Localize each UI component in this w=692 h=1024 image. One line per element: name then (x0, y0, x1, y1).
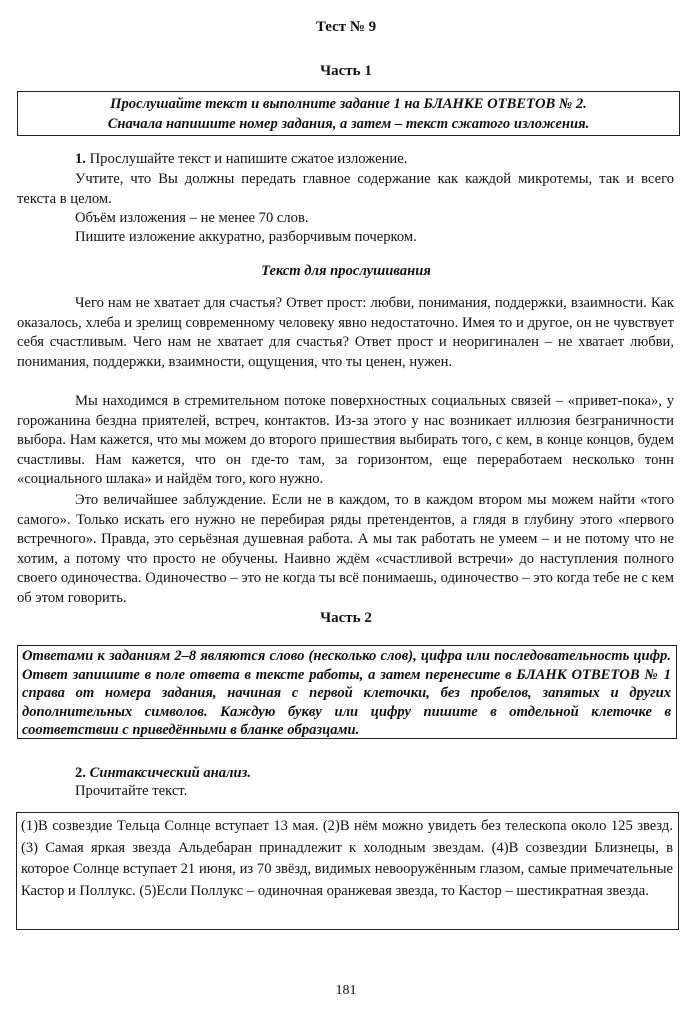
listening-paragraph-1: Чего нам не хватает для счастья? Ответ п… (17, 294, 674, 372)
page-number: 181 (0, 983, 692, 999)
part1-instruction-box: Прослушайте текст и выполните задание 1 … (17, 91, 680, 136)
task1-number: 1. (75, 151, 86, 167)
task1-statement: 1. Прослушайте текст и напишите сжатое и… (75, 150, 407, 170)
task2-heading: 2. Синтаксический анализ. (75, 764, 251, 784)
part2-instruction: Ответами к заданиям 2–8 являются слово (… (22, 647, 671, 740)
part1-instruction-line1: Прослушайте текст и выполните задание 1 … (18, 94, 679, 114)
test-title: Тест № 9 (0, 19, 692, 36)
task2-number: 2. (75, 765, 86, 781)
task1-text: Прослушайте текст и напишите сжатое изло… (86, 151, 407, 167)
task2-text: (1)В созвездие Тельца Солнце вступает 13… (21, 816, 673, 902)
listening-paragraph-3: Это величайшее заблуждение. Если не в ка… (17, 491, 674, 608)
task2-title: Синтаксический анализ. (86, 765, 251, 781)
task1-note-length: Объём изложения – не менее 70 слов. (75, 209, 309, 229)
task2-prompt: Прочитайте текст. (75, 782, 187, 802)
listening-paragraph-2: Мы находимся в стремительном потоке пове… (17, 392, 674, 490)
listening-heading: Текст для прослушивания (0, 263, 692, 280)
task1-note-content: Учтите, что Вы должны передать главное с… (17, 170, 674, 209)
part2-instruction-box: Ответами к заданиям 2–8 являются слово (… (17, 645, 677, 739)
task1-note-handwriting: Пишите изложение аккуратно, разборчивым … (75, 228, 417, 248)
part2-heading: Часть 2 (0, 610, 692, 627)
part1-instruction-line2: Сначала напишите номер задания, а затем … (18, 114, 679, 134)
task2-text-box: (1)В созвездие Тельца Солнце вступает 13… (16, 812, 679, 930)
part1-heading: Часть 1 (0, 63, 692, 80)
